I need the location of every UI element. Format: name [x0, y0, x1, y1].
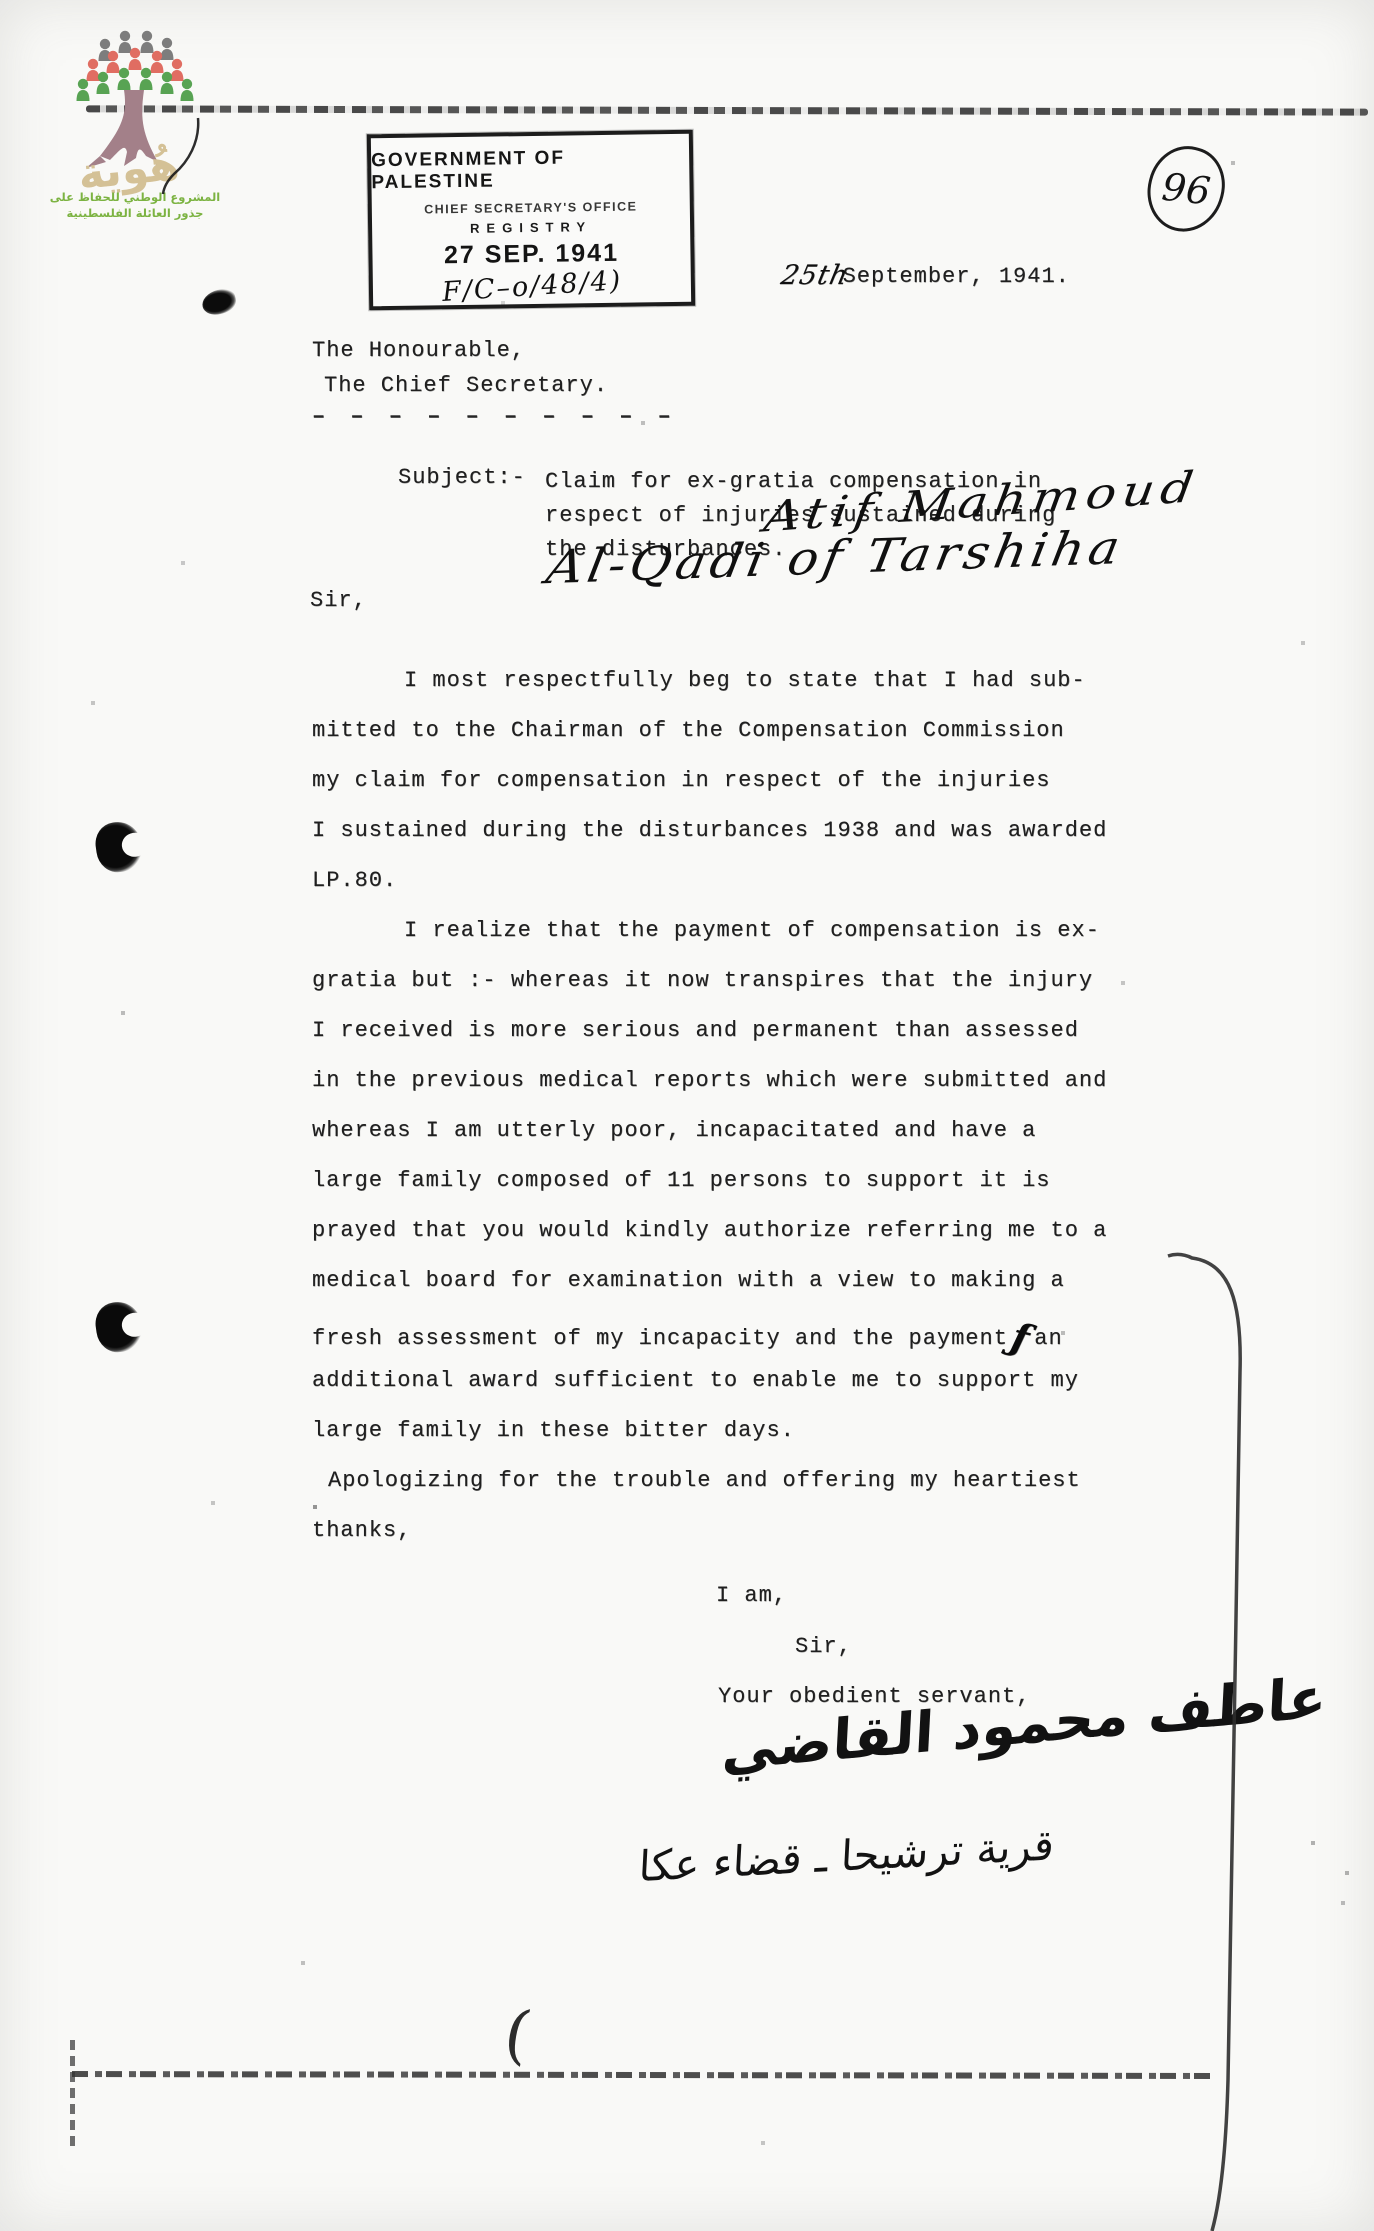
- margin-ink-blob: [93, 819, 146, 875]
- addressee-line1: The Honourable,: [312, 338, 677, 363]
- letter-body: I most respectfully beg to state that I …: [312, 656, 1172, 1556]
- page-number-badge: 96: [1139, 138, 1234, 240]
- body-line: large family composed of 11 persons to s…: [312, 1156, 1172, 1206]
- body-line: I sustained during the disturbances 1938…: [312, 806, 1172, 856]
- date-day-handwritten: 25th: [778, 260, 851, 291]
- date-typed: September, 1941.: [843, 264, 1070, 289]
- page-number: 96: [1160, 165, 1213, 214]
- margin-ink-blob: [93, 1299, 146, 1355]
- closing-sir: Sir,: [795, 1634, 852, 1659]
- body-line-tail: an: [1034, 1326, 1062, 1351]
- body-line: LP.80.: [312, 856, 1172, 906]
- body-line-text: fresh assessment of my incapacity and th…: [312, 1326, 1008, 1351]
- signature-arabic: عاطف محمود القاضي: [721, 1665, 1329, 1783]
- body-line: large family in these bitter days.: [312, 1406, 1172, 1456]
- addressee-underline-dashes: – – – – – – – – – –: [312, 404, 677, 429]
- registry-stamp: GOVERNMENT OF PALESTINE CHIEF SECRETARY'…: [367, 130, 695, 311]
- stamp-file-reference-handwritten: F/C–o/48/4): [441, 265, 623, 308]
- logo-caption-line2: جذور العائلة الفلسطينية: [40, 206, 230, 220]
- salutation: Sir,: [310, 588, 367, 613]
- scan-artifact-left-edge: [70, 2040, 75, 2152]
- body-line: my claim for compensation in respect of …: [312, 756, 1172, 806]
- subject-label: Subject:-: [398, 465, 526, 490]
- addressee-line2: The Chief Secretary.: [324, 373, 677, 398]
- addressee-block: The Honourable, The Chief Secretary. – –…: [312, 338, 677, 429]
- body-line: gratia but :- whereas it now transpires …: [312, 956, 1172, 1006]
- stray-pen-mark: (: [499, 1996, 536, 2073]
- body-line: I most respectfully beg to state that I …: [312, 656, 1172, 706]
- letter-date: 25thSeptember, 1941.: [782, 258, 1070, 289]
- body-line: additional award sufficient to enable me…: [312, 1356, 1172, 1406]
- body-line: prayed that you would kindly authorize r…: [312, 1206, 1172, 1256]
- closing-i-am: I am,: [716, 1583, 787, 1608]
- body-line: thanks,: [312, 1506, 1172, 1556]
- ink-smudge: [200, 286, 239, 318]
- scan-noise-speckles: [0, 0, 2, 2]
- body-line: Apologizing for the trouble and offering…: [312, 1456, 1172, 1506]
- body-line: I received is more serious and permanent…: [312, 1006, 1172, 1056]
- body-line: whereas I am utterly poor, incapacitated…: [312, 1106, 1172, 1156]
- body-line: in the previous medical reports which we…: [312, 1056, 1172, 1106]
- body-line: I realize that the payment of compensati…: [312, 906, 1172, 956]
- stamp-government-line: GOVERNMENT OF PALESTINE: [371, 146, 690, 194]
- body-line: medical board for examination with a vie…: [312, 1256, 1172, 1306]
- scan-artifact-top-edge: [86, 105, 1368, 115]
- logo-caption-line1: المشروع الوطني للحفاظ على: [40, 190, 230, 204]
- origin-note-arabic: قرية ترشيحا ـ قضاء عكا: [637, 1820, 1055, 1891]
- stamp-date-received: 27 SEP. 1941: [444, 239, 619, 270]
- archive-watermark-logo: هُوية المشروع الوطني للحفاظ على جذور الع…: [50, 28, 220, 228]
- stamp-office-line: CHIEF SECRETARY'S OFFICE: [424, 200, 637, 217]
- body-line: mitted to the Chairman of the Compensati…: [312, 706, 1172, 756]
- body-line-with-correction: fresh assessment of my incapacity and th…: [312, 1306, 1172, 1356]
- scan-artifact-bottom-edge: [72, 2071, 1212, 2079]
- scanned-letter-page: هُوية المشروع الوطني للحفاظ على جذور الع…: [0, 0, 1374, 2231]
- stamp-registry-line: REGISTRY: [470, 219, 592, 236]
